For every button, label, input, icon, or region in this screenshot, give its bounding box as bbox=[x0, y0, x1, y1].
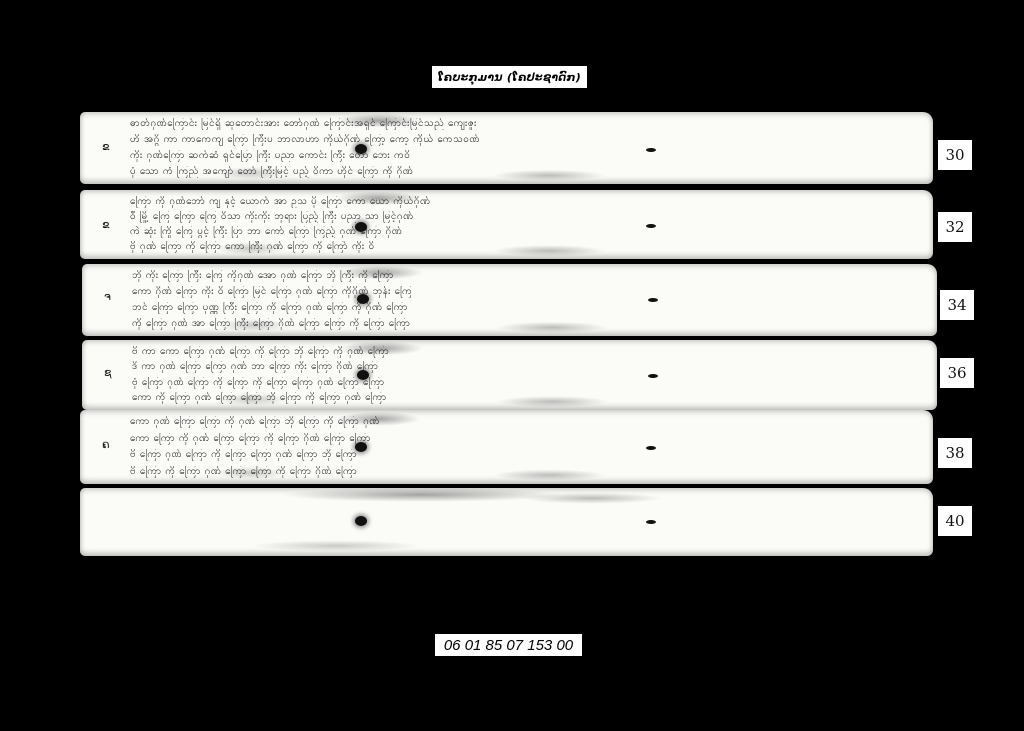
leaf-line: ဗုံ ကြော ဂုဏ် ကြော ကို ကြော ကို ကြော ကြေ… bbox=[132, 377, 923, 389]
string-hole bbox=[646, 446, 656, 450]
palm-leaf-40 bbox=[80, 488, 933, 556]
leaf-line: ဘင် ကြော ကြော ပုဏ္ဏ ကြီး ကြော ကို ကြော ဂ… bbox=[132, 302, 923, 314]
page-number-32: 32 bbox=[938, 212, 972, 242]
page-number-30: 30 bbox=[938, 140, 972, 170]
string-hole bbox=[355, 442, 367, 452]
page-number-34: 34 bbox=[940, 290, 974, 320]
leaf-line: ပုံ သော ကံ ကြည် အကျော် တော် ကြီးမြင့် ပည… bbox=[130, 166, 919, 178]
leaf-text-lines: ကြော ကို ဂုဏ်ဘော် ကျ နှင့် ယောက် အာ ဥသ ပ… bbox=[130, 194, 919, 255]
page-number-40: 40 bbox=[938, 506, 972, 536]
leaf-line: ဓာတ်ဂုဏ်ကြောင်း မြင်ရှိ ဆုတောင်းအား တော်… bbox=[130, 118, 919, 130]
string-hole bbox=[355, 222, 367, 232]
leaf-line: ကော ဂုဏ် ကြော ကြော ကို ဂုဏ် ကြော ဘို ကြေ… bbox=[130, 416, 919, 428]
leaf-margin-mark: ຄ bbox=[102, 438, 110, 451]
string-hole bbox=[646, 224, 656, 228]
catalog-id-label: 06 01 85 07 153 00 bbox=[435, 634, 582, 656]
leaf-line: ကြော ကို ဂုဏ်ဘော် ကျ နှင့် ယောက် အာ ဥသ ပ… bbox=[130, 196, 919, 208]
palm-leaf-32: ຂ ကြော ကို ဂုဏ်ဘော် ကျ နှင့် ယောက် အာ ဥသ… bbox=[80, 190, 933, 259]
leaf-margin-mark: ຈ bbox=[104, 290, 111, 303]
string-hole bbox=[648, 374, 658, 378]
leaf-line: ဘို ကိုး ကြော ကြီး ကြေ ကိုဂုဏ် အော ဂုဏ် … bbox=[132, 270, 923, 282]
page-number-36: 36 bbox=[940, 358, 974, 388]
leaf-line: ကိုး ဂုဏ်ကြော ဆက်ဆံ ရှင်ပြော ကြီး ပညာ ကေ… bbox=[130, 150, 919, 162]
leaf-line: ဝဳ မြို့ ကြေ ကြော ကြေ ဝိသာ ကိုးကိုး ဘုရာ… bbox=[130, 211, 919, 223]
string-hole bbox=[648, 298, 658, 302]
leaf-text-lines: ဗိ ကာ ကော ကြော ဂုဏ် ကြော ကို ကြော ဘို ကြ… bbox=[132, 344, 923, 406]
leaf-stain bbox=[80, 488, 933, 556]
palm-leaf-30: ຂ ဓာတ်ဂုဏ်ကြောင်း မြင်ရှိ ဆုတောင်းအား တေ… bbox=[80, 112, 933, 184]
leaf-text-lines: ကော ဂုဏ် ကြော ကြော ကို ဂုဏ် ကြော ဘို ကြေ… bbox=[130, 414, 919, 480]
leaf-line: ဗိ ကြော ဂုဏ် ကြော ကို ကြော ကြော ဂုဏ် ကြေ… bbox=[130, 449, 919, 461]
leaf-line: ဟိ အဂ္ဂိ ကာ ကာကေကျ ကြော ကြီးပ ဘာလာဟာ ကို… bbox=[130, 134, 919, 146]
leaf-text-lines: ဓာတ်ဂုဏ်ကြောင်း မြင်ရှိ ဆုတောင်းအား တော်… bbox=[130, 116, 919, 180]
string-hole bbox=[357, 370, 369, 380]
string-hole bbox=[646, 148, 656, 152]
leaf-margin-mark: ຂ bbox=[102, 218, 110, 231]
leaf-line: ကော ကို ကြော ဂုဏ် ကြော ကြော ဘို ကြော ကို… bbox=[132, 392, 923, 404]
leaf-line: ကဲ ဆုံး ကြို ကြေ ပွင့် ကြီး ပြာ ဘာ ကော် … bbox=[130, 226, 919, 238]
leaf-margin-mark: ຂ bbox=[102, 140, 110, 153]
string-hole bbox=[355, 144, 367, 154]
string-hole bbox=[355, 516, 367, 526]
leaf-line: ကော ဂိုဏ် ကြော ကိုး ဝိ ကြော မြင် ကြော ဂု… bbox=[132, 286, 923, 298]
palm-leaf-34: ຈ ဘို ကိုး ကြော ကြီး ကြေ ကိုဂုဏ် အော ဂုဏ… bbox=[82, 264, 937, 336]
string-hole bbox=[357, 294, 369, 304]
leaf-line: ဗိ ကာ ကော ကြော ဂုဏ် ကြော ကို ကြော ဘို ကြ… bbox=[132, 346, 923, 358]
document-title-label: ໂຄບະກຸມານ (ໂຄປະຊາດົກ) bbox=[432, 66, 587, 88]
leaf-line: ကော ကြော ကို ဂုဏ် ကြော ကြော ကို ကြော ဂို… bbox=[130, 433, 919, 445]
leaf-line: ဒိ ကာ ဂုဏ် ကြော ကြော ဂုဏ် ဘာ ကြော ကိုး က… bbox=[132, 361, 923, 373]
leaf-line: ဗိ ကြော ကို ကြော ဂုဏ် ကြော ကြော ကို ကြော… bbox=[130, 466, 919, 478]
leaf-line: ကို ကြော ဂုဏ် အာ ကြော ကြီး ကြော ဂိုဏ် ကြ… bbox=[132, 318, 923, 330]
string-hole bbox=[646, 520, 656, 524]
leaf-text-lines: ဘို ကိုး ကြော ကြီး ကြေ ကိုဂုဏ် အော ဂုဏ် … bbox=[132, 268, 923, 332]
palm-leaf-36: ຊ ဗိ ကာ ကော ကြော ဂုဏ် ကြော ကို ကြော ဘို … bbox=[82, 340, 937, 410]
page-number-38: 38 bbox=[938, 438, 972, 468]
leaf-margin-mark: ຊ bbox=[104, 366, 112, 379]
leaf-line: ဗို ဂုဏ် ကြော ကို ကြော ကော ကြီး ဂုဏ် ကြေ… bbox=[130, 241, 919, 253]
palm-leaf-38: ຄ ကော ဂုဏ် ကြော ကြော ကို ဂုဏ် ကြော ဘို က… bbox=[80, 410, 933, 484]
